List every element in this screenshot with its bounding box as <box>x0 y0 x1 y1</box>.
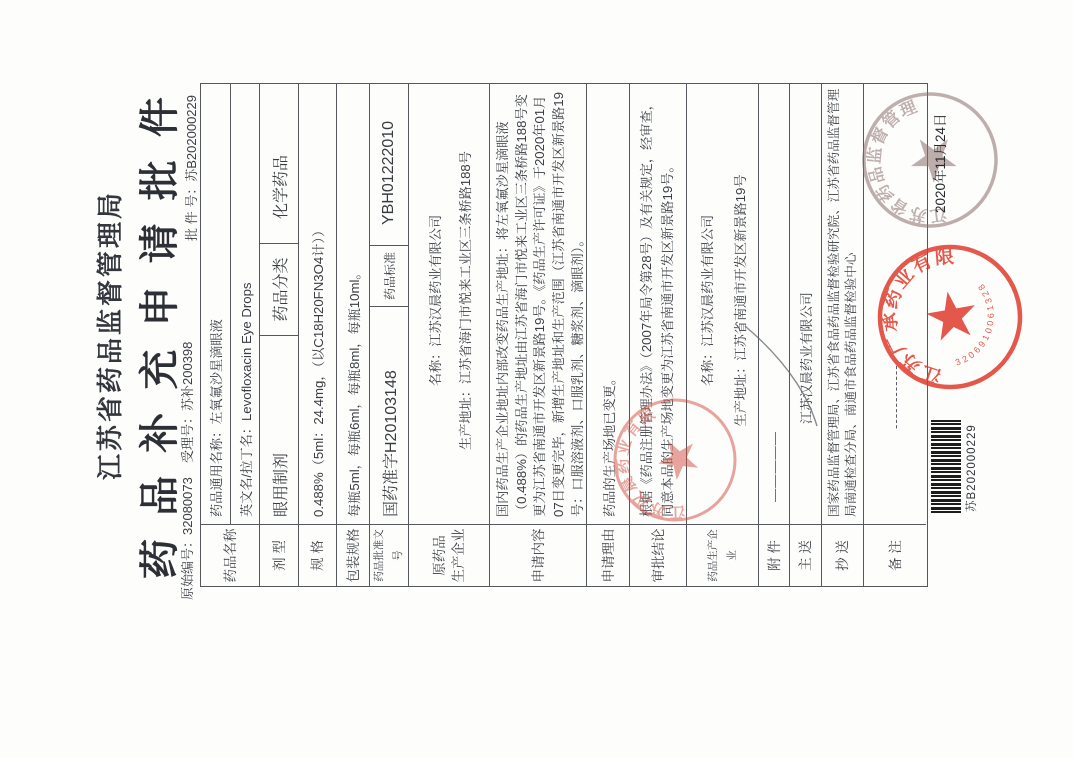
drug-standard-value: YBH01222010 <box>370 84 408 246</box>
row-label-attachment: 附 件 <box>759 524 789 586</box>
scanned-approval-document: 江苏省药品监督管理局 药 品 补 充 申 请 批 件 原始编号：32080073… <box>0 0 1073 758</box>
orig-mfr-cells: 名称：江苏汉晨药业有限公司 生产地址：江苏省海门市悦来工业区三条桥路188号 <box>409 84 489 524</box>
row-label-drug-name: 药品名称 <box>201 524 259 586</box>
row-label-approval-number: 药品批准文号 <box>370 524 408 586</box>
row-label-application-content: 申请内容 <box>490 524 586 586</box>
package-value: 每瓶5ml，每瓶6ml，每瓶8ml，每瓶10ml。 <box>337 84 369 524</box>
original-number: 原始编号：32080073 <box>177 477 196 600</box>
table-row-drug-name: 药品名称 药品通用名称：左氧氟沙星滴眼液 英文名/拉丁名：Levofloxaci… <box>201 84 259 586</box>
pen-mark <box>735 308 830 438</box>
approval-number: 批 件 号：苏B202000229 <box>181 95 200 241</box>
row-label-main-send: 主 送 <box>790 524 821 586</box>
mfr-name: 名称：江苏汉晨药业有限公司 <box>697 215 716 386</box>
hanchen-seal-star <box>654 436 699 483</box>
company-seal-hanchen: 江苏汉晨药业有限公司 <box>605 390 745 530</box>
dosage-form-value: 眼用制剂 <box>260 336 298 524</box>
row-label-package: 包装规格 <box>337 524 369 586</box>
row-label-remark: 备 注 <box>864 524 926 586</box>
drug-standard-label: 药品标准 <box>370 246 408 307</box>
row-label-dosage-form: 剂 型 <box>260 524 298 586</box>
orig-mfr-label-line2: 生产企业 <box>449 529 468 583</box>
row-label-cc: 抄 送 <box>822 524 863 586</box>
table-row-approval-number: 药品批准文号 国药准字H20103148 药品标准 YBH01222010 <box>369 84 408 586</box>
company-seal-guangcheng: 江苏广承药业有限公司 3206910061328 <box>870 237 1030 397</box>
strength-value: 0.488%（5ml：24.4mg，（以C18H20FN3O4计）） <box>299 84 336 524</box>
table-row-package: 包装规格 每瓶5ml，每瓶6ml，每瓶8ml，每瓶10ml。 <box>336 84 369 586</box>
acceptance-number: 受理号：苏补200398 <box>177 342 196 463</box>
row-label-approval-conclusion: 审批结论 <box>630 524 686 586</box>
table-row-strength: 规 格 0.488%（5ml：24.4mg，（以C18H20FN3O4计）） <box>298 84 336 586</box>
row-label-manufacturer: 药品生产企业 <box>687 524 758 586</box>
table-row-dosage-form: 剂 型 眼用制剂 药品分类 化学药品 <box>259 84 298 586</box>
attachment-cell: ————— <box>759 84 789 524</box>
english-name: 英文名/拉丁名：Levofloxacin Eye Drops <box>230 84 259 524</box>
row-label-strength: 规 格 <box>299 524 336 586</box>
generic-name: 药品通用名称：左氧氟沙星滴眼液 <box>201 84 230 524</box>
approval-number-value: 国药准字H20103148 <box>370 307 408 524</box>
issue-date: 2020年11月24日 <box>929 113 949 213</box>
orig-mfr-address: 生产地址：江苏省海门市悦来工业区三条桥路188号 <box>455 151 474 450</box>
issuing-authority-title: 江苏省药品监督管理局 <box>90 83 127 587</box>
row-label-application-reason: 申请理由 <box>587 524 629 586</box>
drug-class-label: 药品分类 <box>260 244 298 336</box>
table-row-original-manufacturer: 原药品 生产企业 名称：江苏汉晨药业有限公司 生产地址：江苏省海门市悦来工业区三… <box>408 84 489 586</box>
main-send-value: 江苏汉晨药业有限公司 <box>790 84 821 524</box>
attachment-dash: ————— <box>767 431 782 502</box>
orig-mfr-label-line1: 原药品 <box>430 535 449 576</box>
screenshot-viewport: 江苏省药品监督管理局 药 品 补 充 申 请 批 件 原始编号：32080073… <box>0 0 1073 758</box>
barcode <box>931 420 961 513</box>
drug-name-cells: 药品通用名称：左氧氟沙星滴眼液 英文名/拉丁名：Levofloxacin Eye… <box>201 84 259 524</box>
row-label-original-manufacturer: 原药品 生产企业 <box>409 524 489 586</box>
table-row-application-content: 申请内容 国内药品生产企业地址内部改变药品生产地址：将左氧氟沙星滴眼液（0.48… <box>489 84 586 586</box>
guangcheng-seal-star <box>923 289 976 345</box>
drug-class-value: 化学药品 <box>260 84 298 244</box>
application-content-cell: 国内药品生产企业地址内部改变药品生产地址：将左氧氟沙星滴眼液（0.488%）的药… <box>490 84 586 524</box>
barcode-number: 苏B202000229 <box>963 424 979 512</box>
application-content-text: 国内药品生产企业地址内部改变药品生产地址：将左氧氟沙星滴眼液（0.488%）的药… <box>490 84 592 524</box>
orig-mfr-name: 名称：江苏汉晨药业有限公司 <box>425 215 444 386</box>
